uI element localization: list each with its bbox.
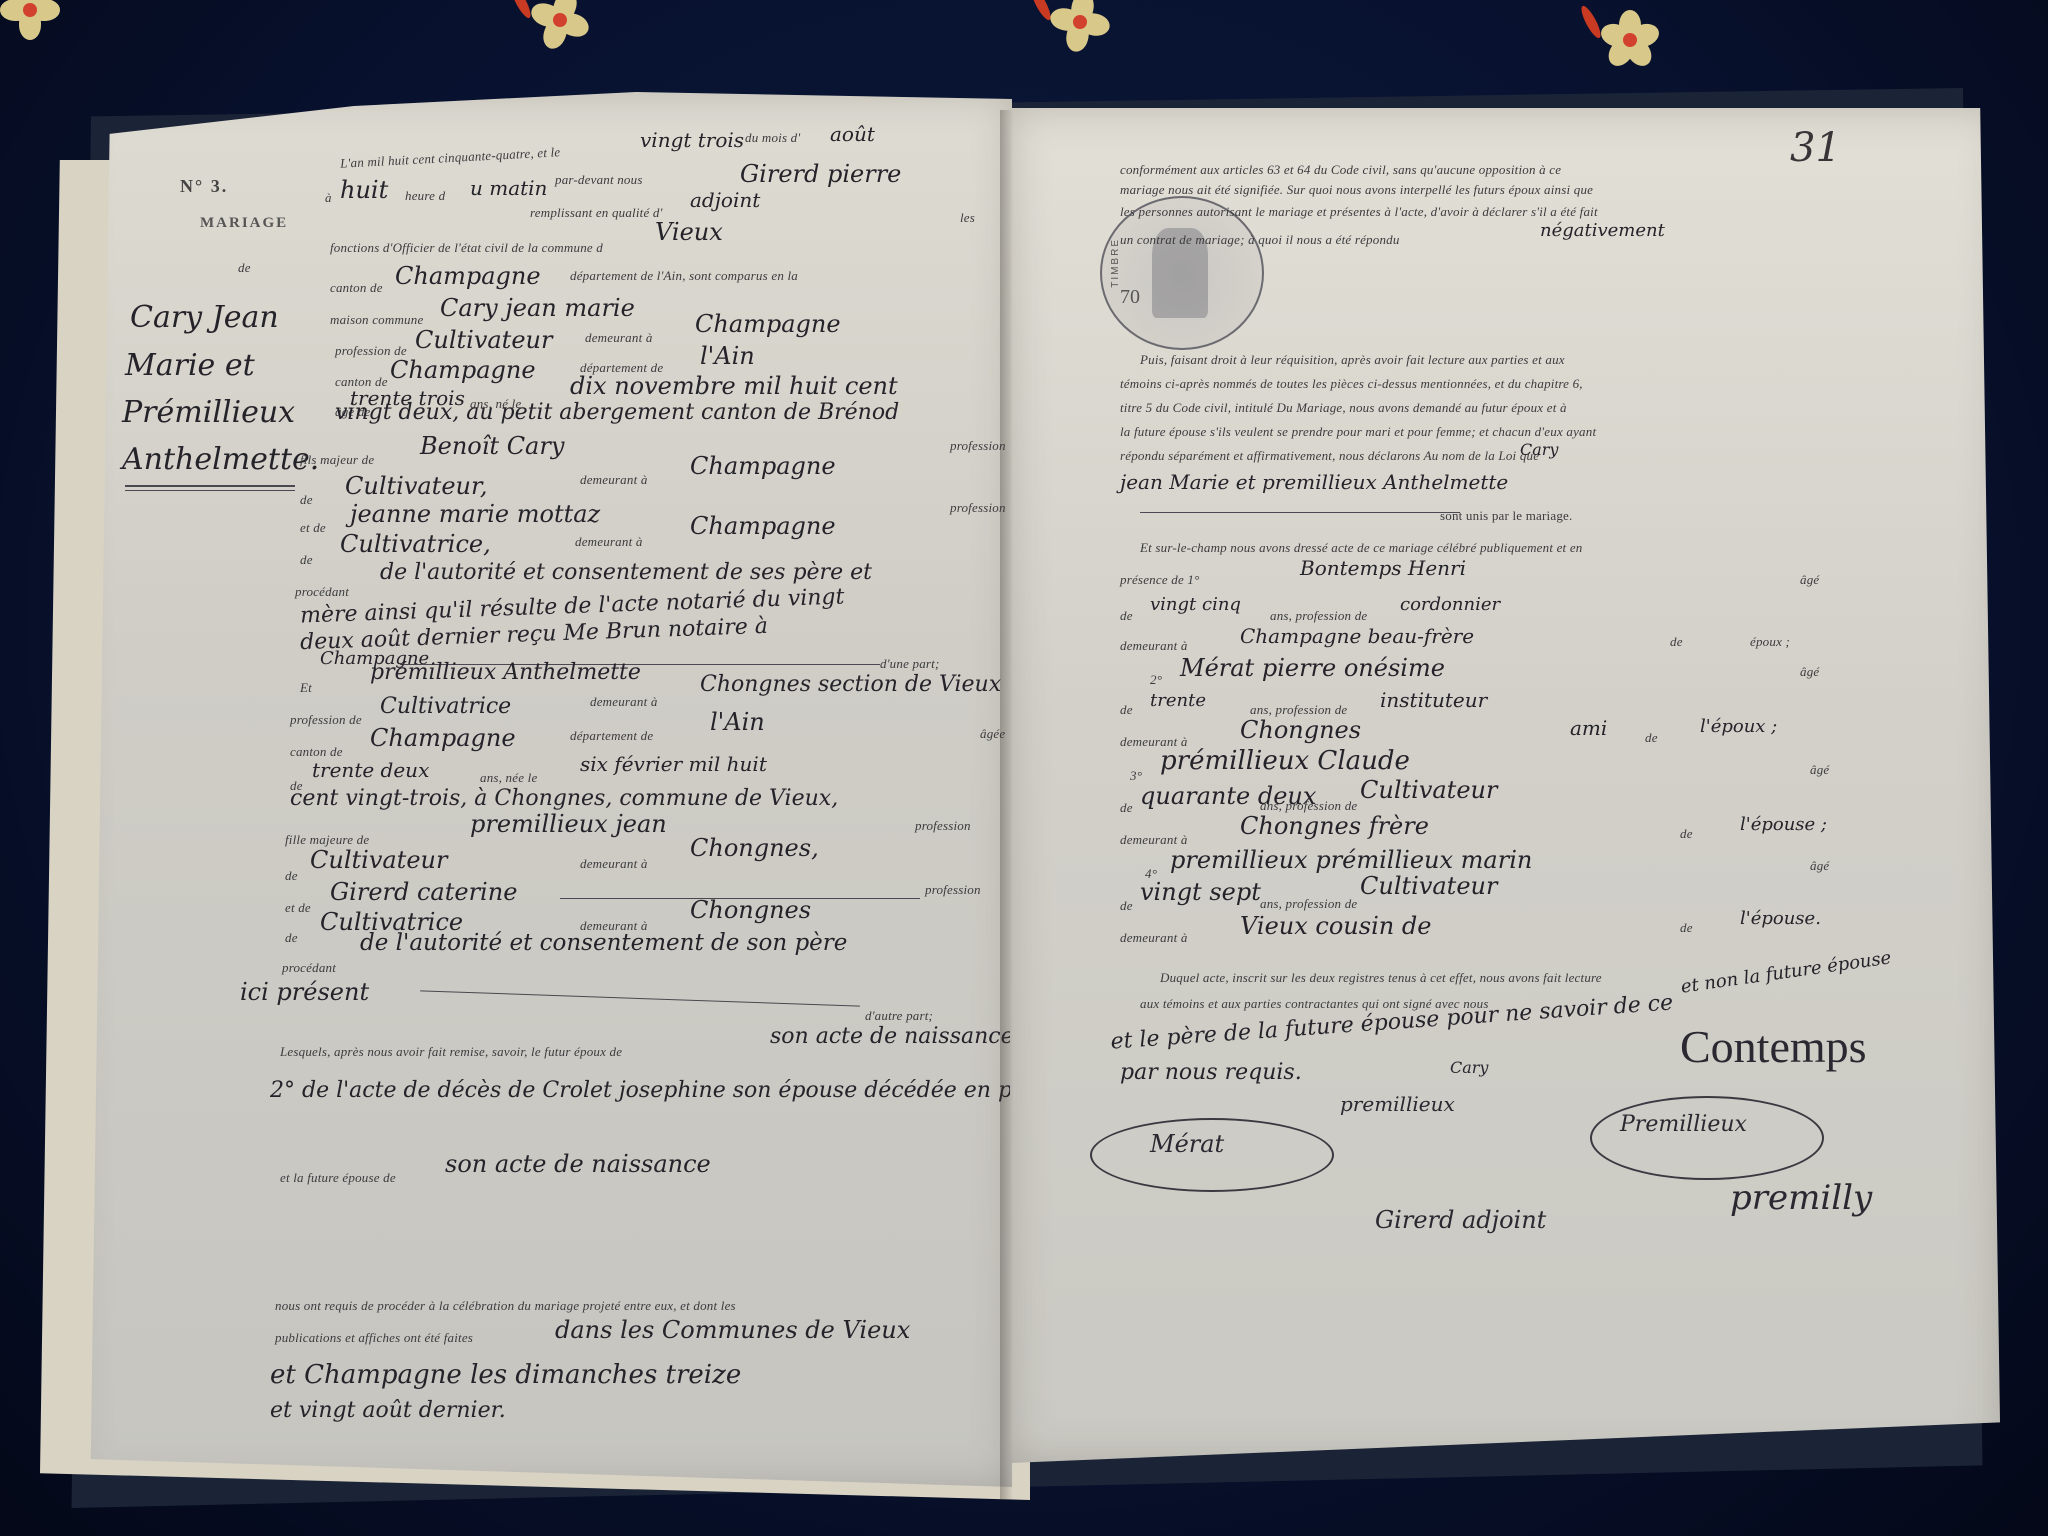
margin-name-line: Prémillieux bbox=[122, 395, 295, 430]
margin-underline bbox=[125, 485, 295, 487]
signature: Girerd adjoint bbox=[1375, 1206, 1546, 1234]
flower-decoration bbox=[530, 0, 590, 50]
handwritten-text: vingt deux, au petit abergement canton d… bbox=[335, 400, 899, 425]
handwritten-text: prémillieux Claude bbox=[1160, 746, 1410, 776]
signature: Mérat bbox=[1150, 1130, 1224, 1158]
handwritten-text: vingt sept bbox=[1140, 878, 1261, 906]
handwritten-text: ici présent bbox=[240, 978, 369, 1006]
margin-name-line: Marie et bbox=[125, 348, 255, 383]
printed-text: de bbox=[300, 492, 313, 508]
printed-text: nous ont requis de procéder à la célébra… bbox=[275, 1298, 736, 1314]
handwritten-text: l'Ain bbox=[700, 342, 755, 370]
handwritten-text: Cultivateur, bbox=[345, 472, 487, 500]
margin-name-line: Cary Jean bbox=[130, 300, 279, 335]
printed-text: publications et affiches ont été faites bbox=[275, 1330, 473, 1346]
printed-text: remplissant en qualité d' bbox=[530, 205, 663, 221]
handwritten-text: Champagne bbox=[390, 356, 536, 384]
margin-de: de bbox=[238, 260, 251, 276]
printed-text: de bbox=[1680, 826, 1693, 842]
handwritten-text: Vieux cousin de bbox=[1240, 912, 1431, 940]
printed-text: profession bbox=[925, 882, 981, 898]
handwritten-text: et Champagne les dimanches treize bbox=[270, 1360, 741, 1390]
printed-text: de bbox=[1120, 800, 1133, 816]
printed-text: ans, profession de bbox=[1270, 608, 1367, 624]
printed-text: du mois d' bbox=[745, 130, 800, 146]
printed-text: Lesquels, après nous avoir fait remise, … bbox=[280, 1044, 622, 1060]
handwritten-text: Chongnes section de Vieux bbox=[700, 672, 1001, 697]
handwritten-text: vingt cinq bbox=[1150, 594, 1241, 615]
printed-text: demeurant à bbox=[590, 694, 658, 710]
printed-text: demeurant à bbox=[575, 534, 643, 550]
printed-text: de bbox=[1645, 730, 1658, 746]
printed-text: répondu séparément et affirmativement, n… bbox=[1120, 448, 1539, 464]
printed-text: les personnes autorisant le mariage et p… bbox=[1120, 204, 1598, 220]
handwritten-text: négativement bbox=[1540, 220, 1665, 241]
printed-text: de bbox=[1680, 920, 1693, 936]
flower-decoration bbox=[1050, 0, 1110, 52]
handwritten-text: premillieux jean bbox=[470, 810, 667, 838]
handwritten-text: dix novembre mil huit cent bbox=[570, 372, 898, 400]
handwritten-text: Cultivateur bbox=[1360, 872, 1497, 900]
printed-text: fonctions d'Officier de l'état civil de … bbox=[330, 240, 603, 256]
printed-text: heure d bbox=[405, 188, 445, 204]
fill-line bbox=[1140, 512, 1460, 513]
handwritten-text: Cultivateur bbox=[415, 326, 552, 354]
handwritten-text: Girerd caterine bbox=[330, 878, 517, 906]
handwritten-text: u matin bbox=[470, 176, 547, 200]
handwritten-text: l'Ain bbox=[710, 708, 765, 736]
handwritten-text: Bontemps Henri bbox=[1300, 556, 1466, 580]
signature: Cary bbox=[1450, 1058, 1488, 1077]
handwritten-text: cordonnier bbox=[1400, 594, 1500, 615]
handwritten-text: Champagne beau-frère bbox=[1240, 624, 1474, 648]
printed-text: Et sur-le-champ nous avons dressé acte d… bbox=[1140, 540, 1583, 556]
handwritten-text: jean Marie et premillieux Anthelmette bbox=[1120, 470, 1508, 494]
act-number: N° 3. bbox=[180, 176, 228, 197]
printed-text: profession de bbox=[290, 712, 362, 728]
handwritten-text: ami bbox=[1570, 716, 1607, 740]
handwritten-text: huit bbox=[340, 176, 388, 204]
printed-text: à bbox=[325, 190, 332, 206]
printed-text: de bbox=[300, 552, 313, 568]
handwritten-text: Chongnes, bbox=[690, 834, 819, 862]
printed-text: procédant bbox=[295, 584, 349, 600]
stamp-value: 70 bbox=[1120, 286, 1140, 309]
printed-text: Duquel acte, inscrit sur les deux regist… bbox=[1160, 970, 1602, 986]
printed-text: Et bbox=[300, 680, 312, 696]
printed-text: époux ; bbox=[1750, 634, 1790, 650]
handwritten-text: Cultivateur bbox=[310, 846, 447, 874]
printed-text: titre 5 du Code civil, intitulé Du Maria… bbox=[1120, 400, 1567, 416]
signature: premillieux bbox=[1340, 1092, 1455, 1116]
page-number: 31 bbox=[1790, 125, 1841, 171]
handwritten-text: Chongnes frère bbox=[1240, 812, 1429, 840]
flower-decoration bbox=[1600, 10, 1660, 70]
handwritten-text: Chongnes bbox=[1240, 716, 1361, 744]
printed-text: et de bbox=[300, 520, 326, 536]
printed-text: de bbox=[1120, 702, 1133, 718]
printed-text: conformément aux articles 63 et 64 du Co… bbox=[1120, 162, 1561, 178]
handwritten-text: cent vingt-trois, à Chongnes, commune de… bbox=[290, 786, 838, 811]
printed-text: demeurant à bbox=[1120, 930, 1188, 946]
handwritten-text: et vingt août dernier. bbox=[270, 1398, 506, 1423]
printed-text: par-devant nous bbox=[555, 172, 643, 188]
printed-text: demeurant à bbox=[1120, 638, 1188, 654]
printed-text: les bbox=[960, 210, 975, 226]
handwritten-text: Chongnes bbox=[690, 896, 811, 924]
handwritten-text: l'époux ; bbox=[1700, 716, 1777, 737]
printed-text: témoins ci-après nommés de toutes les pi… bbox=[1120, 376, 1583, 392]
signature: Contemps bbox=[1680, 1020, 1867, 1073]
printed-text: département de bbox=[570, 728, 653, 744]
handwritten-text: Champagne bbox=[370, 724, 516, 752]
printed-text: un contrat de mariage; à quoi il nous a … bbox=[1120, 232, 1400, 248]
printed-text: canton de bbox=[330, 280, 383, 296]
handwritten-text: trente bbox=[1150, 690, 1206, 711]
printed-text: maison commune bbox=[330, 312, 423, 328]
printed-text: profession bbox=[950, 500, 1006, 516]
handwritten-text: son acte de naissance bbox=[770, 1024, 1014, 1049]
printed-text: ans, profession de bbox=[1260, 896, 1357, 912]
handwritten-text: Champagne bbox=[395, 262, 541, 290]
book-gutter bbox=[1000, 110, 1022, 1500]
signature: Premillieux bbox=[1620, 1112, 1747, 1137]
handwritten-text: Champagne bbox=[690, 452, 836, 480]
printed-text: âgé bbox=[1810, 762, 1829, 778]
margin-heading: MARIAGE bbox=[200, 215, 288, 232]
printed-text: demeurant à bbox=[580, 856, 648, 872]
margin-name-line: Anthelmette. bbox=[122, 442, 319, 477]
handwritten-text: Cary jean marie bbox=[440, 294, 635, 322]
handwritten-text: adjoint bbox=[690, 188, 760, 212]
printed-text: d'autre part; bbox=[865, 1008, 933, 1024]
handwritten-text: jeanne marie mottaz bbox=[350, 500, 600, 528]
printed-text: fils majeur de bbox=[300, 452, 374, 468]
handwritten-text: Champagne bbox=[690, 512, 836, 540]
printed-text: de bbox=[1120, 608, 1133, 624]
handwritten-text: vingt trois bbox=[640, 128, 744, 152]
printed-text: la future épouse s'ils veulent se prendr… bbox=[1120, 424, 1596, 440]
printed-text: âgé bbox=[1800, 572, 1819, 588]
printed-text: présence de 1° bbox=[1120, 572, 1199, 588]
handwritten-text: dans les Communes de Vieux bbox=[555, 1316, 910, 1344]
printed-text: demeurant à bbox=[585, 330, 653, 346]
handwritten-text: Girerd pierre bbox=[740, 160, 901, 188]
flower-decoration bbox=[0, 0, 60, 40]
handwritten-text: août bbox=[830, 122, 875, 146]
handwritten-text: Cultivatrice, bbox=[340, 530, 491, 558]
printed-text: de bbox=[285, 868, 298, 884]
handwritten-text: Vieux bbox=[655, 218, 723, 246]
margin-underline bbox=[125, 490, 295, 491]
signature-flourish bbox=[1590, 1096, 1824, 1180]
handwritten-text: de l'autorité et consentement de son pèr… bbox=[360, 930, 847, 956]
printed-text: d'une part; bbox=[880, 656, 940, 672]
printed-text: de bbox=[1670, 634, 1683, 650]
handwritten-text: premillieux prémillieux marin bbox=[1170, 846, 1532, 874]
handwritten-text: Benoît Cary bbox=[420, 432, 564, 460]
printed-text: mariage nous ait été signifiée. Sur quoi… bbox=[1120, 182, 1593, 198]
handwritten-text: Cultivateur bbox=[1360, 776, 1497, 804]
handwritten-text: Cultivatrice bbox=[380, 694, 511, 719]
printed-text: Puis, faisant droit à leur réquisition, … bbox=[1140, 352, 1565, 368]
printed-text: ans, née le bbox=[480, 770, 537, 786]
printed-text: sont unis par le mariage. bbox=[1440, 508, 1572, 524]
handwritten-text: son acte de naissance bbox=[445, 1150, 711, 1178]
printed-text: âgé bbox=[1800, 664, 1819, 680]
handwritten-text: six février mil huit bbox=[580, 752, 767, 776]
printed-text: de bbox=[1120, 898, 1133, 914]
handwritten-text: l'épouse ; bbox=[1740, 814, 1827, 835]
handwritten-text: Mérat pierre onésime bbox=[1180, 654, 1445, 682]
handwritten-text: Champagne bbox=[695, 310, 841, 338]
handwritten-text: instituteur bbox=[1380, 688, 1487, 712]
handwritten-text: de l'autorité et consentement de ses pèr… bbox=[380, 560, 872, 585]
printed-text: et de bbox=[285, 900, 311, 916]
printed-text: et la future épouse de bbox=[280, 1170, 396, 1186]
printed-text: âgé bbox=[1810, 858, 1829, 874]
printed-text: demeurant à bbox=[580, 472, 648, 488]
handwritten-text: Cary bbox=[1520, 440, 1558, 459]
handwritten-text: prémillieux Anthelmette bbox=[370, 660, 641, 685]
printed-text: procédant bbox=[282, 960, 336, 976]
printed-text: de bbox=[285, 930, 298, 946]
handwritten-text: trente deux bbox=[312, 758, 429, 782]
signature: premilly bbox=[1730, 1178, 1872, 1218]
printed-text: département de l'Ain, sont comparus en l… bbox=[570, 268, 798, 284]
printed-text: profession bbox=[950, 438, 1006, 454]
printed-text: 2° bbox=[1150, 672, 1162, 688]
printed-text: profession bbox=[915, 818, 971, 834]
handwritten-text: par nous requis. bbox=[1120, 1060, 1302, 1085]
handwritten-text: l'épouse. bbox=[1740, 908, 1821, 929]
